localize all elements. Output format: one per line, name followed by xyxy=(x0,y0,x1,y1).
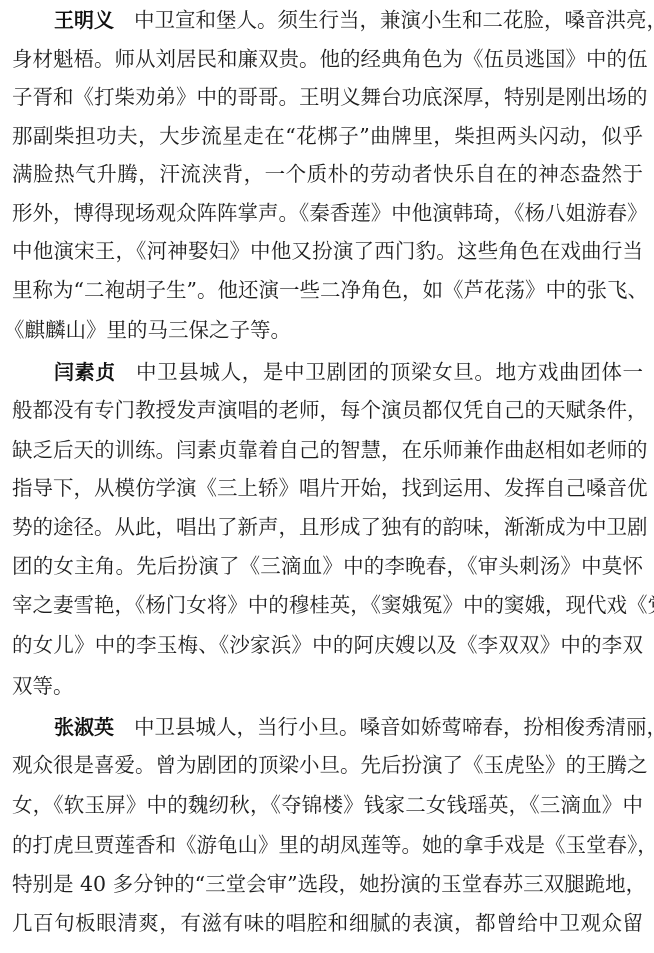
paragraph-line: 缺乏后天的训练。闫素贞靠着自己的智慧，在乐师兼作曲赵相如老师的 xyxy=(12,435,643,465)
paragraph-line: 王明义中卫宣和堡人。须生行当，兼演小生和二花脸，嗓音洪亮， xyxy=(54,5,643,35)
paragraph-line: 身材魁梧。师从刘居民和廉双贵。他的经典角色为《伍员逃国》中的伍 xyxy=(12,44,643,74)
paragraph-line: 双等。 xyxy=(12,671,643,701)
paragraph-line: 闫素贞中卫县城人，是中卫剧团的顶梁女旦。地方戏曲团体一 xyxy=(54,357,643,387)
paragraph-line: 观众很是喜爱。曾为剧团的顶梁小旦。先后扮演了《玉虎坠》的王腾之 xyxy=(12,750,643,780)
paragraph-line: 的打虎旦贾莲香和《游龟山》里的胡凤莲等。她的拿手戏是《玉堂春》， xyxy=(12,830,643,860)
paragraph-line: 形外，博得现场观众阵阵掌声。《秦香莲》中他演韩琦，《杨八姐游春》 xyxy=(12,198,643,228)
paragraph-line: 几百句板眼清爽，有滋有味的唱腔和细腻的表演，都曾给中卫观众留 xyxy=(12,908,643,938)
person-name: 王明义 xyxy=(54,8,114,32)
paragraph-line: 子胥和《打柴劝弟》中的哥哥。王明义舞台功底深厚，特别是刚出场的 xyxy=(12,82,643,112)
person-name: 张淑英 xyxy=(54,715,114,739)
paragraph-line: 《麒麟山》里的马三保之子等。 xyxy=(4,315,635,345)
paragraph-line: 中他演宋王，《河神娶妇》中他又扮演了西门豹。这些角色在戏曲行当 xyxy=(12,236,643,266)
paragraph-line: 张淑英中卫县城人，当行小旦。嗓音如娇莺啼春，扮相俊秀清丽， xyxy=(54,712,643,742)
paragraph-line: 的女儿》中的李玉梅、《沙家浜》中的阿庆嫂以及《李双双》中的李双 xyxy=(12,630,643,660)
paragraph-line: 满脸热气升腾，汗流浃背，一个质朴的劳动者快乐自在的神态盎然于 xyxy=(12,159,643,189)
paragraph-line: 势的途径。从此，唱出了新声，且形成了独有的韵味，渐渐成为中卫剧 xyxy=(12,512,643,542)
paragraph-line: 特别是 40 多分钟的“三堂会审”选段，她扮演的玉堂春苏三双腿跪地， xyxy=(12,869,643,899)
document-page: 王明义中卫宣和堡人。须生行当，兼演小生和二花脸，嗓音洪亮， 身材魁梧。师从刘居民… xyxy=(0,0,654,953)
paragraph-line: 宰之妻雪艳，《杨门女将》中的穆桂英，《窦娥冤》中的窦娥，现代戏《党 xyxy=(12,590,643,620)
paragraph-line: 女，《软玉屏》中的魏纫秋，《夺锦楼》钱家二女钱瑶英，《三滴血》中 xyxy=(12,790,643,820)
paragraph-line: 般都没有专门教授发声演唱的老师，每个演员都仅凭自己的天赋条件， xyxy=(12,395,643,425)
paragraph-line: 那副柴担功夫，大步流星走在“花梆子”曲牌里，柴担两头闪动，似乎 xyxy=(12,121,643,151)
paragraph-line: 团的女主角。先后扮演了《三滴血》中的李晚春，《审头刺汤》中莫怀 xyxy=(12,551,643,581)
line-text: 中卫县城人，是中卫剧团的顶梁女旦。地方戏曲团体一 xyxy=(136,360,643,384)
line-text: 中卫宣和堡人。须生行当，兼演小生和二花脸，嗓音洪亮， xyxy=(134,8,654,32)
paragraph-line: 指导下，从模仿学演《三上轿》唱片开始，找到运用、发挥自己嗓音优 xyxy=(12,473,643,503)
line-text: 中卫县城人，当行小旦。嗓音如娇莺啼春，扮相俊秀清丽， xyxy=(134,715,654,739)
person-name: 闫素贞 xyxy=(54,360,116,384)
paragraph-line: 里称为“二袍胡子生”。他还演一些二净角色，如《芦花荡》中的张飞、 xyxy=(12,275,643,305)
